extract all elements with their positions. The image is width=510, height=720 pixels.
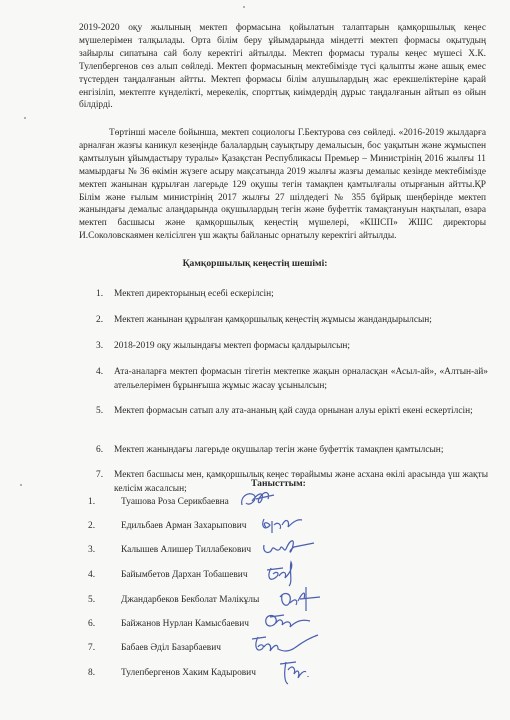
signatory-name: Джандарбеков Бекболат Мәлікұлы bbox=[121, 595, 259, 605]
scan-speck bbox=[20, 484, 22, 486]
decision-text: Мектеп формасын сатып алу ата-ананың қай… bbox=[114, 405, 488, 419]
decision-text: Мектеп жанындағы лагерьде оқушылар тегін… bbox=[114, 444, 488, 458]
signatory-name: Бабаев Әділ Базарбаевич bbox=[121, 643, 221, 653]
decision-text: Мектеп жанынан құрылған қамқоршылық кеңе… bbox=[114, 314, 488, 328]
decision-text: Ата-аналарға мектеп формасын тігетін мек… bbox=[114, 366, 488, 393]
decision-number: 1. bbox=[96, 288, 110, 302]
paragraph-school-uniform: 2019-2020 оқу жылының мектеп формасына қ… bbox=[79, 22, 486, 112]
decision-item: 3. 2018-2019 оқу жылындағы мектеп формас… bbox=[96, 340, 488, 354]
decision-number: 4. bbox=[96, 366, 110, 380]
signatory-number: 4. bbox=[88, 570, 95, 580]
signatory-number: 5. bbox=[88, 595, 95, 605]
decision-number: 7. bbox=[96, 469, 110, 483]
decision-text: Мектеп директорының есебі ескерілсін; bbox=[114, 288, 488, 302]
signatory-name: Калышев Алишер Тиллабекович bbox=[121, 545, 251, 555]
decision-item: 2. Мектеп жанынан құрылған қамқоршылық к… bbox=[96, 314, 488, 328]
decision-item: 6. Мектеп жанындағы лагерьде оқушылар те… bbox=[96, 444, 488, 458]
decision-item: 5. Мектеп формасын сатып алу ата-ананың … bbox=[96, 405, 488, 419]
signatory-number: 3. bbox=[88, 545, 95, 555]
signatory-name: Байымбетов Дархан Тобашевич bbox=[121, 570, 248, 580]
decision-text: 2018-2019 оқу жылындағы мектеп формасы қ… bbox=[114, 340, 488, 354]
scan-speck bbox=[24, 117, 26, 119]
decision-number: 6. bbox=[96, 444, 110, 458]
decision-item: 4. Ата-аналарға мектеп формасын тігетін … bbox=[96, 366, 488, 393]
scanned-document-page: 2019-2020 оқу жылының мектеп формасына қ… bbox=[0, 0, 510, 720]
signatory-name: Туашова Роза Серикбаевна bbox=[121, 497, 229, 507]
signatory-name: Тулепбергенов Хаким Кадырович bbox=[121, 668, 256, 678]
decision-item: 1. Мектеп директорының есебі ескерілсін; bbox=[96, 288, 488, 302]
signatory-number: 2. bbox=[88, 521, 95, 531]
paragraph-fourth-issue: Төртінші мәселе бойынша, мектеп социолог… bbox=[79, 127, 486, 243]
signatory-number: 1. bbox=[88, 497, 95, 507]
signatory-number: 7. bbox=[88, 643, 95, 653]
decision-heading: Қамқоршылық кеңестің шешімі: bbox=[0, 258, 510, 269]
signatory-number: 8. bbox=[88, 668, 95, 678]
decision-number: 3. bbox=[96, 340, 110, 354]
signatory-name: Байжанов Нурлан Камысбаевич bbox=[121, 619, 249, 629]
scan-speck bbox=[243, 6, 245, 8]
decision-number: 2. bbox=[96, 314, 110, 328]
signature-icon bbox=[276, 658, 312, 691]
decision-number: 5. bbox=[96, 405, 110, 419]
signatory-number: 6. bbox=[88, 619, 95, 629]
signatory-name: Едильбаев Арман Захарыпович bbox=[121, 521, 246, 531]
